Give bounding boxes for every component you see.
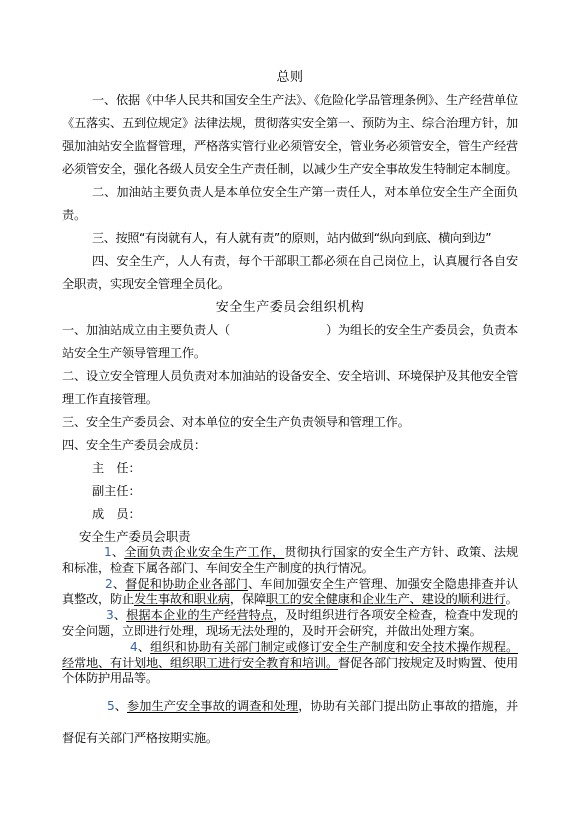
- duty-text-underlined: 督促和协助企业各部门: [125, 577, 248, 591]
- committee-paragraph-4: 四、安全生产委员会成员：: [62, 434, 518, 457]
- duty-item-number: 4: [130, 640, 138, 654]
- duty-item: 5、参加生产安全事故的调查和处理，协助有关部门提出防止事故的措施，并督促有关部门…: [62, 690, 518, 754]
- section-title-committee: 安全生产委员会组织机构: [62, 296, 518, 319]
- general-paragraph-2: 二、加油站主要负责人是本单位安全生产第一责任人，对本单位安全生产全面负责。: [62, 181, 518, 227]
- general-paragraph-3: 三、按照“有岗就有人，有人就有责”的原则，站内做到“纵向到底、横向到边”: [62, 227, 518, 250]
- duty-item-number: 2: [105, 577, 113, 591]
- section-title-general: 总则: [62, 66, 518, 89]
- committee-paragraph-3: 三、安全生产委员会、对本单位的安全生产负责领导和管理工作。: [62, 411, 518, 434]
- committee-paragraph-2: 二、设立安全管理人员负责对本加油站的设备安全、安全培训、环境保护及其他安全管理工…: [62, 365, 518, 411]
- duty-text-underlined: 全面负责企业安全生产工作，: [124, 545, 284, 559]
- duties-list: 1、全面负责企业安全生产工作，贯彻执行国家的安全生产方针、政策、法规和标准，检查…: [62, 545, 518, 754]
- duty-item-number: 3: [106, 608, 114, 622]
- duty-item-number: 1: [104, 545, 112, 559]
- committee-member-members: 成 员：: [62, 503, 518, 526]
- general-paragraph-4: 四、安全生产，人人有责，每个干部职工都必须在自己岗位上，认真履行各自安全职责，实…: [62, 250, 518, 296]
- duty-item: 2、督促和协助企业各部门、车间加强安全生产管理、加强安全隐患排查并认真整改，防止…: [62, 577, 518, 609]
- duty-item: 1、全面负责企业安全生产工作，贯彻执行国家的安全生产方针、政策、法规和标准，检查…: [62, 545, 518, 577]
- document-page: 总则 一、依据《中华人民共和国安全生产法》、《危险化学品管理条例》、生产经营单位…: [0, 0, 580, 824]
- duty-text-underlined: 发生事故和职业病: [134, 592, 230, 606]
- duty-text-underlined: 职工的安全健康和企业生产、建设的顺利进行: [266, 592, 506, 606]
- general-paragraph-1: 一、依据《中华人民共和国安全生产法》、《危险化学品管理条例》、生产经营单位《五落…: [62, 89, 518, 181]
- duty-item: 3、根据本企业的生产经营特点，及时组织进行各项安全检查，检查中发现的安全问题，立…: [62, 608, 518, 640]
- committee-member-deputy: 副主任：: [62, 480, 518, 503]
- duty-text: ，保障: [230, 592, 266, 606]
- committee-member-director: 主 任：: [62, 457, 518, 480]
- committee-paragraph-1: 一、加油站成立由主要负责人（ ）为组长的安全生产委员会，负责本站安全生产领导管理…: [62, 319, 518, 365]
- duty-text: 。: [506, 592, 518, 606]
- duty-text-underlined: 根据本企业的生产经营特点: [126, 608, 273, 622]
- duty-text-underlined: 参加生产安全事故的调查和处理: [127, 699, 298, 713]
- duty-item: 4、组织和协助有关部门制定或修订安全生产制度和安全技术操作规程。经常地、有计划地…: [62, 640, 518, 687]
- section-title-duties: 安全生产委员会职责: [62, 528, 518, 545]
- duty-item-number: 5: [107, 699, 115, 713]
